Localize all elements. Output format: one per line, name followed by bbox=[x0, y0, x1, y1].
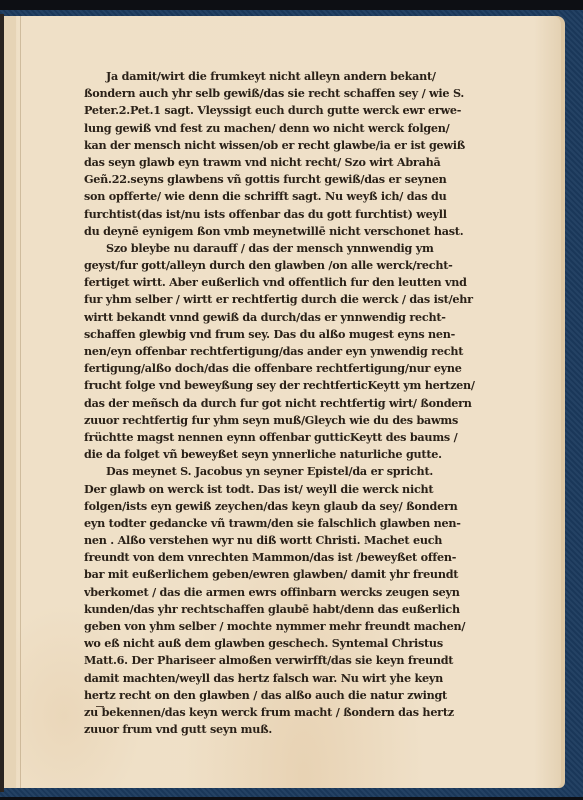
text-line: schaffen glewbig vnd frum sey. Das du al… bbox=[84, 326, 486, 343]
text-line: früchtte magst nennen eynn offenbar gutt… bbox=[84, 429, 486, 446]
text-line: vberkomet / das die armen ewrs offinbarn… bbox=[84, 584, 486, 601]
text-line: Geñ.22.seyns glawbens vñ gottis furcht g… bbox=[84, 171, 486, 188]
text-line: Ja damit/wirt die frumkeyt nicht alleyn … bbox=[84, 68, 486, 85]
text-line: Szo bleybe nu darauff / das der mensch y… bbox=[84, 240, 486, 257]
text-line: folgen/ists eyn gewiß zeychen/das keyn g… bbox=[84, 498, 486, 515]
text-line: frucht folge vnd beweyßung sey der recht… bbox=[84, 377, 486, 394]
text-line: kan der mensch nicht wissen/ob er recht … bbox=[84, 137, 486, 154]
text-line: fertigung/alßo doch/das die offenbare re… bbox=[84, 360, 486, 377]
text-line: Der glawb on werck ist todt. Das ist/ we… bbox=[84, 481, 486, 498]
text-line: nen/eyn offenbar rechtfertigung/das ande… bbox=[84, 343, 486, 360]
printer-mark bbox=[96, 706, 104, 707]
text-line: ßondern auch yhr selb gewiß/das sie rech… bbox=[84, 85, 486, 102]
text-line: freundt von dem vnrechten Mammon/das ist… bbox=[84, 549, 486, 566]
text-line: nen . Alßo verstehen wyr nu diß wortt Ch… bbox=[84, 532, 486, 549]
text-line: furchtist(das ist/nu ists offenbar das d… bbox=[84, 206, 486, 223]
text-line: Peter.2.Pet.1 sagt. Vleyssigt euch durch… bbox=[84, 102, 486, 119]
text-line: fertiget wirtt. Aber eußerlich vnd offen… bbox=[84, 274, 486, 291]
text-line: wo eß nicht auß dem glawben geschech. Sy… bbox=[84, 635, 486, 652]
page-text: Ja damit/wirt die frumkeyt nicht alleyn … bbox=[84, 68, 486, 738]
text-line: kunden/das yhr rechtschaffen glaubē habt… bbox=[84, 601, 486, 618]
text-line: du deynē eynigem ßon vmb meynetwillē nic… bbox=[84, 223, 486, 240]
text-line: das der meñsch da durch fur got nicht re… bbox=[84, 395, 486, 412]
text-line: zuuor frum vnd gutt seyn muß. bbox=[84, 721, 486, 738]
text-line: zu bekennen/das keyn werck frum macht / … bbox=[84, 704, 486, 721]
text-line: Matt.6. Der Phariseer almoßen verwirfft/… bbox=[84, 652, 486, 669]
text-line: zuuor rechtfertig fur yhm seyn muß/Gleyc… bbox=[84, 412, 486, 429]
text-line: hertz recht on den glawben / das alßo au… bbox=[84, 687, 486, 704]
text-line: Das meynet S. Jacobus yn seyner Epistel/… bbox=[84, 463, 486, 480]
text-line: wirtt bekandt vnnd gewiß da durch/das er… bbox=[84, 309, 486, 326]
text-line: eyn todter gedancke vñ trawm/den sie fal… bbox=[84, 515, 486, 532]
text-line: damit machten/weyll das hertz falsch war… bbox=[84, 670, 486, 687]
text-line: geyst/fur gott/alleyn durch den glawben … bbox=[84, 257, 486, 274]
text-line: bar mit eußerlichem geben/ewren glawben/… bbox=[84, 566, 486, 583]
text-line: die da folget vñ beweyßet seyn ynnerlich… bbox=[84, 446, 486, 463]
text-line: das seyn glawb eyn trawm vnd nicht recht… bbox=[84, 154, 486, 171]
text-line: son opfferte/ wie denn die schrifft sagt… bbox=[84, 188, 486, 205]
page-fold-line bbox=[20, 16, 21, 788]
text-line: lung gewiß vnd fest zu machen/ denn wo n… bbox=[84, 120, 486, 137]
text-line: fur yhm selber / wirtt er rechtfertig du… bbox=[84, 291, 486, 308]
text-line: geben von yhm selber / mochte nymmer meh… bbox=[84, 618, 486, 635]
